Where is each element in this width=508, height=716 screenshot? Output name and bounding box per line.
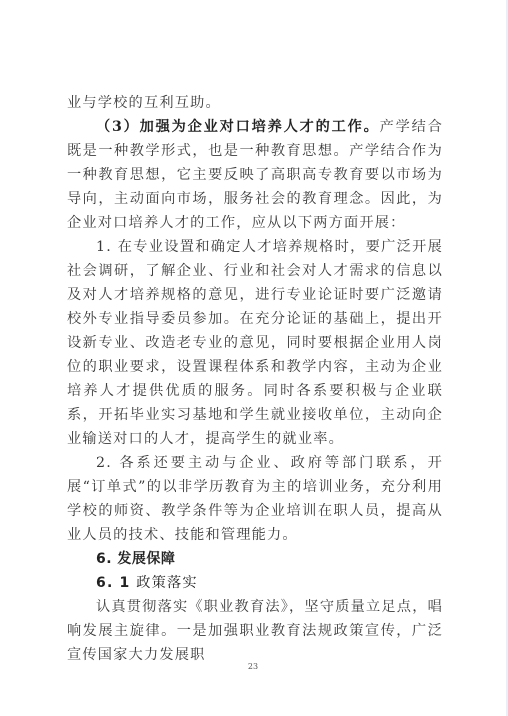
paragraph-item-2: 2. 各系还要主动与企业、政府等部门联系，开展“订单式”的以非学历教育为主的培训…	[67, 451, 443, 547]
subsection-heading: 6. 1 政策落实	[67, 571, 443, 595]
paragraph-item-1: 1. 在专业设置和确定人才培养规格时，要广泛开展社会调研，了解企业、行业和社会对…	[67, 235, 443, 451]
page-content: 业与学校的互利互助。 （3）加强为企业对口培养人才的工作。产学结合既是一种教学形…	[67, 91, 443, 667]
subsection-title: 政策落实	[136, 575, 198, 591]
page-number: 23	[0, 662, 506, 671]
paragraph-lead-bold: （3）加强为企业对口培养人才的工作。	[96, 119, 380, 135]
paragraph-continuation: 业与学校的互利互助。	[67, 91, 443, 115]
subsection-number: 6. 1	[96, 575, 130, 591]
document-page: 业与学校的互利互助。 （3）加强为企业对口培养人才的工作。产学结合既是一种教学形…	[0, 0, 508, 716]
paragraph-enterprise-training: （3）加强为企业对口培养人才的工作。产学结合既是一种教学形式，也是一种教育思想。…	[67, 115, 443, 235]
paragraph-policy: 认真贯彻落实《职业教育法》，坚守质量立足点，唱响发展主旋律。一是加强职业教育法规…	[67, 595, 443, 667]
section-heading: 6. 发展保障	[67, 547, 443, 571]
paragraph-body: 产学结合既是一种教学形式，也是一种教育思想。产学结合作为一种教育思想，它主要反映…	[67, 119, 443, 231]
